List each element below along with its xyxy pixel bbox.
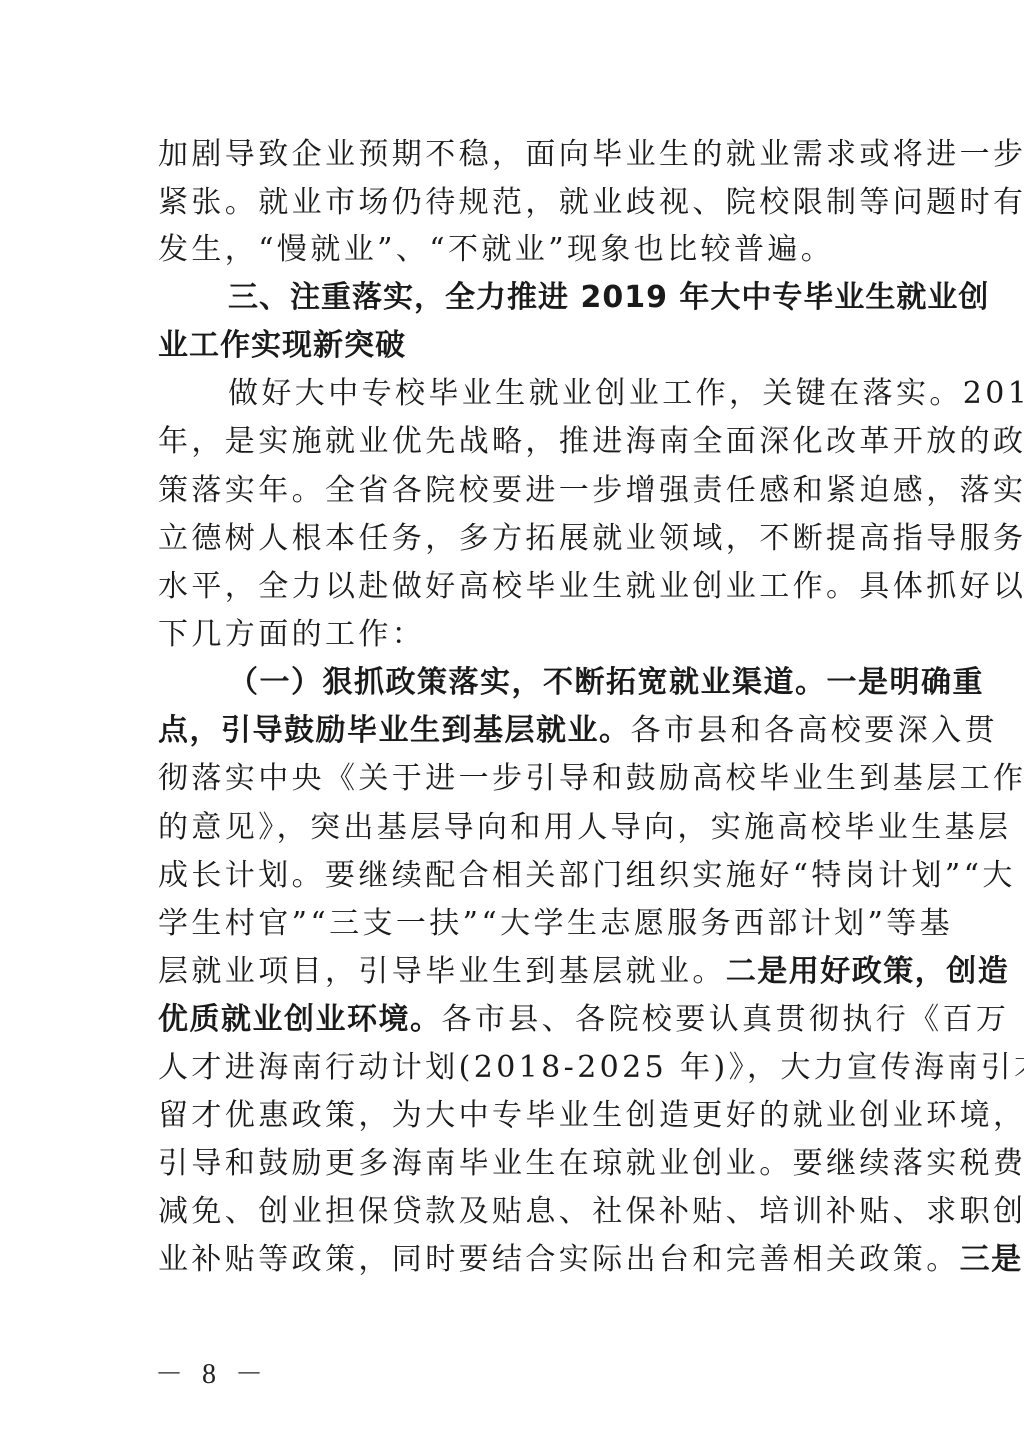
body-line-10: 水平，全力以赴做好高校毕业生就业创业工作。具体抓好以 (158, 567, 870, 607)
page-number: － 8 － (155, 1352, 269, 1392)
body-line-15: 的意见》，突出基层导向和用人导向，实施高校毕业生基层 (158, 808, 870, 848)
body-line-22: 引导和鼓励更多海南毕业生在琼就业创业。要继续落实税费 (158, 1144, 870, 1184)
bold-phrase: 二是用好政策，创造 (726, 954, 1010, 989)
plain-phrase: 业补贴等政策，同时要结合实际出台和完善相关政策。 (158, 1242, 960, 1277)
body-line-24: 业补贴等政策，同时要结合实际出台和完善相关政策。三是 (158, 1240, 870, 1280)
body-line-23: 减免、创业担保贷款及贴息、社保补贴、培训补贴、求职创 (158, 1192, 870, 1232)
bold-phrase: 点，引导鼓励毕业生到基层就业。 (158, 713, 631, 748)
body-line-3: 发生，“慢就业”、“不就业”现象也比较普遍。 (158, 230, 870, 270)
body-line-6: 做好大中专校毕业生就业创业工作，关键在落实。2019 (228, 374, 870, 414)
body-line-17: 学生村官”“三支一扶”“大学生志愿服务西部计划”等基 (158, 904, 870, 944)
section-heading-line-1: 三、注重落实，全力推进 2019 年大中专毕业生就业创 (228, 278, 870, 318)
bold-phrase: 优质就业创业环境。 (158, 1002, 442, 1037)
bold-phrase: 三是 (960, 1242, 1023, 1277)
body-line-16: 成长计划。要继续配合相关部门组织实施好“特岗计划”“大 (158, 856, 870, 896)
body-line-20: 人才进海南行动计划(2018-2025 年)》，大力宣传海南引才、 (158, 1048, 870, 1088)
body-line-13: 点，引导鼓励毕业生到基层就业。各市县和各高校要深入贯 (158, 711, 870, 751)
subsection-heading-line: （一）狠抓政策落实，不断拓宽就业渠道。一是明确重 (228, 663, 870, 703)
body-line-8: 策落实年。全省各院校要进一步增强责任感和紧迫感，落实 (158, 471, 870, 511)
body-line-9: 立德树人根本任务，多方拓展就业领域，不断提高指导服务 (158, 519, 870, 559)
body-line-11: 下几方面的工作： (158, 615, 870, 655)
document-page: 加剧导致企业预期不稳，面向毕业生的就业需求或将进一步 紧张。就业市场仍待规范，就… (0, 0, 1024, 1447)
body-line-18: 层就业项目，引导毕业生到基层就业。二是用好政策，创造 (158, 952, 870, 992)
section-heading-line-2: 业工作实现新突破 (158, 326, 870, 366)
body-line-14: 彻落实中央《关于进一步引导和鼓励高校毕业生到基层工作 (158, 759, 870, 799)
plain-phrase: 各市县和各高校要深入贯 (631, 713, 998, 748)
plain-phrase: 各市县、各院校要认真贯彻执行《百万 (442, 1002, 1010, 1037)
body-line-19: 优质就业创业环境。各市县、各院校要认真贯彻执行《百万 (158, 1000, 870, 1040)
body-line-21: 留才优惠政策，为大中专毕业生创造更好的就业创业环境， (158, 1096, 870, 1136)
body-line-2: 紧张。就业市场仍待规范，就业歧视、院校限制等问题时有 (158, 183, 870, 223)
plain-phrase: 层就业项目，引导毕业生到基层就业。 (158, 954, 726, 989)
body-line-7: 年，是实施就业优先战略，推进海南全面深化改革开放的政 (158, 422, 870, 462)
body-line-1: 加剧导致企业预期不稳，面向毕业生的就业需求或将进一步 (158, 135, 870, 175)
